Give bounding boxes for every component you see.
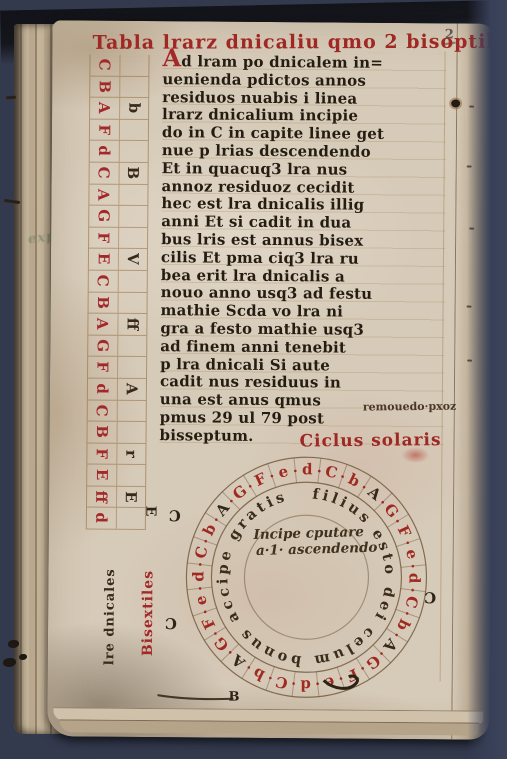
rubricated-initial: A [162, 43, 181, 72]
letter-table-row: F [89, 227, 147, 249]
dominical-letter: ff [91, 490, 111, 502]
letter-table-row: EV [89, 249, 147, 271]
ring-letter: d [302, 460, 313, 478]
solar-cycle-diagram: dCbAGFedCbAGFedCbAGFedCbAGFefilius esto … [127, 429, 479, 742]
diagram-ring-circle [211, 482, 402, 673]
ring-letter: e [191, 594, 211, 607]
letter-table-row: Ab [90, 98, 148, 120]
letter-table-row: CB [90, 163, 148, 185]
dominical-letter: F [92, 362, 112, 373]
ring-letter: b [393, 616, 414, 633]
stray-glyph: B [228, 690, 239, 705]
manuscript-page: 2 Tabla lrarz dnicaliu qmo 2 bisoptiliu … [47, 20, 495, 739]
ring-letter: b [345, 470, 362, 491]
letter-table-row: C [88, 400, 146, 422]
label-littere-dominicales: lre dnicales [102, 568, 118, 665]
letter-table-row: F [88, 357, 146, 379]
dominical-letter: C [95, 59, 115, 71]
ring-dot [199, 563, 202, 566]
letter-table-row: dA [88, 378, 146, 400]
letter-table-row: C [90, 55, 148, 77]
stray-glyph: Ɔ [424, 589, 436, 607]
diagram-center-text: Incipe cputare a·1· ascendendo [253, 524, 377, 559]
letter-table-row: G [89, 206, 147, 228]
ring-dot [411, 589, 414, 592]
stray-glyph: Ɔ [165, 615, 177, 633]
ring-dot [363, 486, 366, 489]
marginal-note: remouedo·pxoz [363, 400, 457, 414]
ring-dot [214, 632, 217, 635]
ring-letter: F [198, 614, 219, 632]
dominical-letter: C [93, 275, 113, 287]
edge-mark [467, 306, 472, 308]
ring-letter: C [401, 594, 421, 610]
ring-dot [412, 565, 415, 568]
ring-dot [269, 677, 272, 680]
secondary-letter: V [123, 253, 143, 265]
ring-letter: e [402, 547, 422, 560]
dominical-letter: E [91, 469, 111, 481]
ring-dot [292, 682, 295, 685]
ring-letter: d [189, 571, 207, 582]
dominical-letter: C [94, 167, 114, 179]
edge-mark [469, 106, 474, 108]
verse-text: filius esto dei celum bonus accipe grati… [213, 485, 399, 671]
dominical-letter: A [93, 318, 113, 330]
ring-dot [340, 677, 343, 680]
letter-table-row: d [90, 141, 148, 163]
edge-mark [467, 360, 472, 362]
secondary-letter: B [123, 166, 143, 179]
letter-table-row: B [89, 292, 147, 314]
letter-table-row: G [88, 335, 146, 357]
ring-dot [204, 611, 207, 614]
dominical-letter: F [93, 232, 113, 243]
center-line-2: a·1· ascendendo [254, 540, 378, 559]
ring-letter: F [394, 523, 415, 541]
ring-dot [318, 470, 321, 473]
dominical-letter: F [92, 448, 112, 459]
ring-letter: e [277, 462, 290, 482]
ring-letter: C [191, 544, 211, 560]
ring-letter: d [405, 573, 423, 584]
secondary-letter: A [122, 383, 142, 395]
dominical-letter: d [91, 513, 111, 524]
wormhole [451, 99, 460, 107]
ring-dot [406, 612, 409, 615]
ring-dot [380, 652, 383, 655]
ring-dot [215, 518, 218, 521]
ring-dot [361, 667, 364, 670]
ring-letter: G [363, 651, 384, 673]
dominical-letter: A [94, 102, 114, 114]
ring-letter: F [252, 469, 270, 490]
ring-letter: d [300, 676, 311, 694]
secondary-letter: ff [122, 318, 142, 330]
ring-dot [249, 485, 252, 488]
dominical-letter: G [92, 339, 112, 352]
ring-letter: C [274, 672, 290, 692]
ring-letter: A [363, 482, 384, 504]
ring-dot [341, 475, 344, 478]
fore-edge-tab [477, 39, 507, 70]
letter-table-row: B [90, 76, 148, 98]
dominical-letter: B [92, 425, 112, 438]
dominical-letter: E [93, 253, 113, 265]
dominical-letter: B [95, 80, 115, 93]
ring-dot [229, 651, 232, 654]
dominical-letter: F [94, 124, 114, 135]
ring-dot [248, 666, 251, 669]
main-text-block: Ad lram po dnicalem in=uenienda pdictos … [159, 51, 446, 447]
dominical-letter: C [92, 404, 112, 416]
ring-letter: A [211, 499, 233, 520]
letter-table-row: F [90, 119, 148, 141]
ring-letter: G [229, 481, 250, 503]
stray-glyph: Ɔ [169, 507, 181, 525]
ring-letter: A [379, 634, 401, 655]
letter-table-row: Aff [88, 314, 146, 336]
ring-letter: A [228, 650, 249, 672]
ring-dot [294, 470, 297, 473]
letter-table-row: A [89, 184, 147, 206]
dominical-letter: d [92, 383, 112, 394]
ring-letter: G [210, 633, 232, 654]
dominical-letter: d [94, 146, 114, 157]
secondary-letter: b [124, 103, 144, 114]
ring-letter: b [199, 521, 220, 538]
dominical-letter: G [93, 209, 113, 222]
ring-dot [230, 500, 233, 503]
ring-dot [396, 520, 399, 523]
ring-dot [316, 682, 319, 685]
edge-mark [469, 228, 474, 230]
edge-mark [467, 166, 472, 168]
ring-dot [204, 540, 207, 543]
pen-stroke [157, 695, 233, 699]
ring-dot [406, 541, 409, 544]
dominical-letter: B [93, 296, 113, 309]
ring-dot [271, 475, 274, 478]
ring-letter: G [380, 500, 402, 521]
manuscript-photo: expli 2 Tabla lrarz dnicaliu qmo 2 bisop… [0, 0, 507, 759]
ring-dot [395, 634, 398, 637]
dominical-letter: A [94, 188, 114, 200]
page-title: Tabla lrarz dnicaliu qmo 2 bisoptiliu [93, 31, 507, 54]
ring-dot [381, 501, 384, 504]
letter-table-row: C [89, 271, 147, 293]
ring-letter: C [323, 462, 339, 482]
ring-letter: b [250, 664, 267, 685]
ring-dot [199, 587, 202, 590]
